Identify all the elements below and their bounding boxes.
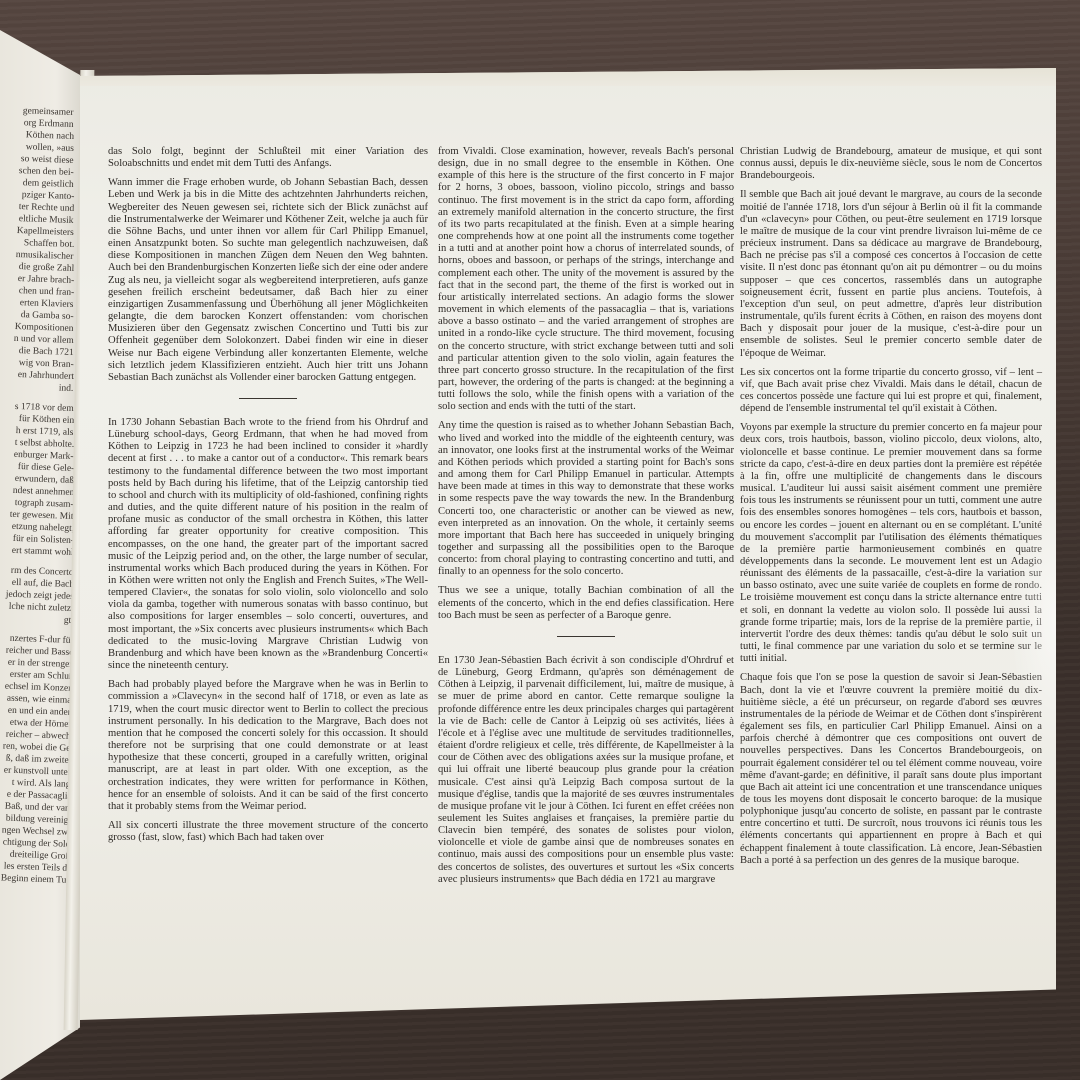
french-paragraph: Les six concertos ont la forme tripartie… — [740, 367, 1042, 416]
english-paragraph: In 1730 Johann Sebastian Bach wrote to t… — [108, 417, 428, 672]
french-paragraph: En 1730 Jean-Sébastien Bach écrivit à so… — [438, 655, 734, 886]
french-paragraph: Il semble que Bach ait joué devant le ma… — [740, 189, 1042, 359]
english-paragraph: Thus we see a unique, totally Bachian co… — [438, 585, 734, 621]
liner-notes-page: das Solo folgt, beginnt der Schlußteil m… — [80, 68, 1056, 1020]
left-page-line: en Jahrhundert — [17, 370, 74, 384]
english-paragraph: Bach had probably played before the Marg… — [108, 679, 428, 813]
section-divider — [239, 398, 297, 399]
french-paragraph: Voyons par exemple la structure du premi… — [740, 422, 1042, 665]
column-3: Christian Ludwig de Brandebourg, amateur… — [740, 146, 1042, 874]
left-page-line: Beginn einem Tutti — [0, 873, 74, 887]
english-paragraph: All six concerti illustrate the three mo… — [108, 820, 428, 844]
column-1: das Solo folgt, beginnt der Schlußteil m… — [108, 146, 428, 851]
german-paragraph: Wann immer die Frage erhoben wurde, ob J… — [108, 177, 428, 384]
german-paragraph: das Solo folgt, beginnt der Schlußteil m… — [108, 146, 428, 170]
french-paragraph: Chaque fois que l'on se pose la question… — [740, 672, 1042, 867]
french-paragraph: Christian Ludwig de Brandebourg, amateur… — [740, 146, 1042, 182]
english-paragraph: Any time the question is raised as to wh… — [438, 420, 734, 578]
left-page-line: lche nicht zuletzt — [9, 602, 74, 616]
left-page-line: ind. — [59, 383, 74, 395]
left-page-line: ert stammt wohl — [12, 546, 74, 560]
column-2: from Vivaldi. Close examination, however… — [438, 146, 734, 893]
section-divider — [557, 636, 615, 637]
english-paragraph: from Vivaldi. Close examination, however… — [438, 146, 734, 413]
